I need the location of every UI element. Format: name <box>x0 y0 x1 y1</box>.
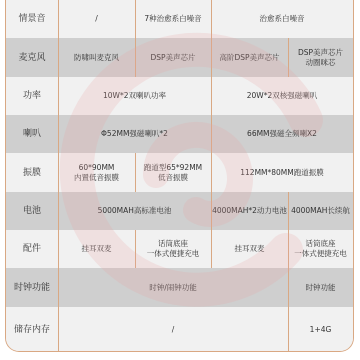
row-label: 麦克风 <box>6 38 58 77</box>
table-cell: 5000MAH高标准电池 <box>58 192 211 230</box>
table-cell: 挂耳双麦 <box>58 230 135 268</box>
table-cell: 时钟/闹钟功能 <box>58 268 288 307</box>
comparison-table: 情景音 / 7种治愈系白噪音 治愈系白噪音 麦克风 防啸叫麦克风 DSP美声芯片… <box>5 0 354 352</box>
table-cell: Φ52MM强磁喇叭*2 <box>58 115 211 153</box>
table-cell: DSP美声芯片 动圈咪芯 <box>288 38 353 77</box>
table-cell: 话筒底座 一体式便捷充电 <box>288 230 353 268</box>
row-label: 情景音 <box>6 0 58 38</box>
table-cell: 66MM强磁全频喇X2 <box>211 115 353 153</box>
table-row-accessories: 配件 挂耳双麦 话筒底座 一体式便捷充电 挂耳双麦 话筒底座 一体式便捷充电 <box>6 230 353 268</box>
table-cell: / <box>58 307 288 352</box>
row-label: 储存内存 <box>6 307 58 352</box>
table-cell: 挂耳双麦 <box>211 230 288 268</box>
table-cell: 20W*2双核强磁喇叭 <box>211 77 353 115</box>
table-cell: 话筒底座 一体式便捷充电 <box>135 230 211 268</box>
table-cell: 7种治愈系白噪音 <box>135 0 211 38</box>
table-cell: 高阶DSP美声芯片 <box>211 38 288 77</box>
table-row-storage: 储存内存 / 1+4G <box>6 307 353 352</box>
table-cell: 4000MAH长续航 <box>288 192 353 230</box>
table-cell: 10W*2双喇叭功率 <box>58 77 211 115</box>
table-row-clock: 时钟功能 时钟/闹钟功能 时钟功能 <box>6 268 353 307</box>
table-row-battery: 电池 5000MAH高标准电池 4000MAH*2动力电池 4000MAH长续航 <box>6 192 353 230</box>
row-label: 喇叭 <box>6 115 58 153</box>
table-cell: 4000MAH*2动力电池 <box>211 192 288 230</box>
table-row-power: 功率 10W*2双喇叭功率 20W*2双核强磁喇叭 <box>6 77 353 115</box>
table-cell: DSP美声芯片 <box>135 38 211 77</box>
table-cell: 治愈系白噪音 <box>211 0 353 38</box>
row-label: 配件 <box>6 230 58 268</box>
row-label: 功率 <box>6 77 58 115</box>
table-row-scene-sound: 情景音 / 7种治愈系白噪音 治愈系白噪音 <box>6 0 353 38</box>
table-row-diaphragm: 振膜 60*90MM 内置低音振膜 跑道型65*92MM 低音振膜 112MM*… <box>6 153 353 192</box>
table-row-microphone: 麦克风 防啸叫麦克风 DSP美声芯片 高阶DSP美声芯片 DSP美声芯片 动圈咪… <box>6 38 353 77</box>
table-cell: 时钟功能 <box>288 268 353 307</box>
row-label: 时钟功能 <box>6 268 58 307</box>
table-cell: 60*90MM 内置低音振膜 <box>58 153 135 192</box>
table-cell: 1+4G <box>288 307 353 352</box>
table-row-speaker: 喇叭 Φ52MM强磁喇叭*2 66MM强磁全频喇X2 <box>6 115 353 153</box>
table-cell: / <box>58 0 135 38</box>
table-cell: 跑道型65*92MM 低音振膜 <box>135 153 211 192</box>
row-label: 振膜 <box>6 153 58 192</box>
table-cell: 112MM*80MM跑道振膜 <box>211 153 353 192</box>
table-cell: 防啸叫麦克风 <box>58 38 135 77</box>
row-label: 电池 <box>6 192 58 230</box>
